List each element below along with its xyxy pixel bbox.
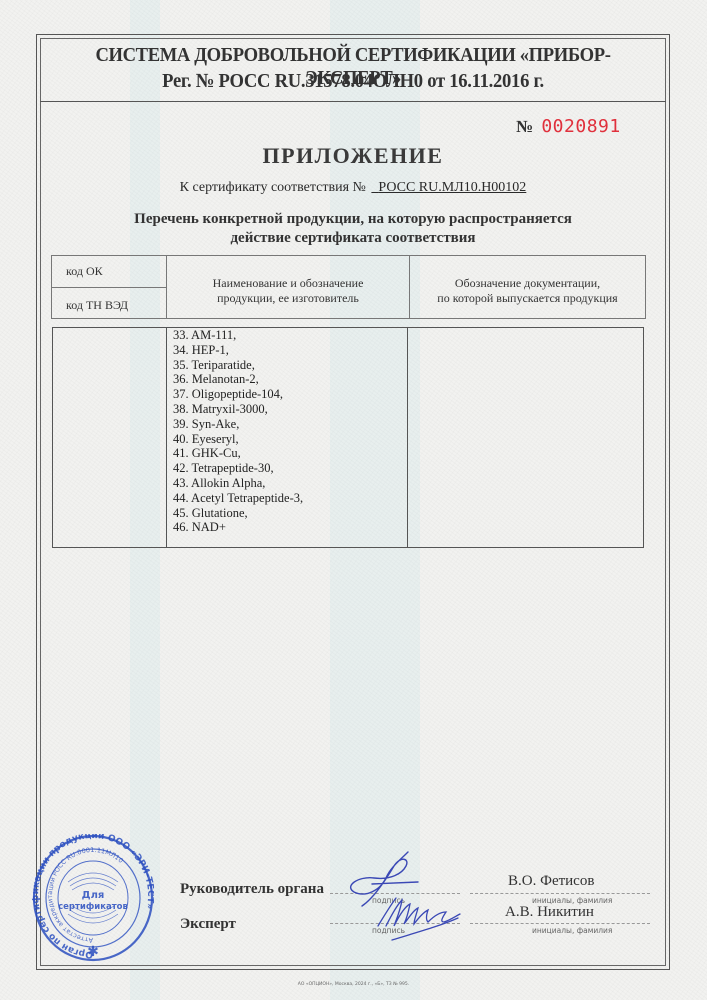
scope-line-2: действие сертификата соответствия [40,229,666,248]
product-item: 37. Oligopeptide-104, [173,387,303,402]
product-item: 44. Acetyl Tetrapeptide-3, [173,491,303,506]
svg-text:Для: Для [82,890,105,901]
registration-number: Рег. № РОСС RU.31578.04ОЛН0 от 16.11.201… [62,70,644,93]
printer-imprint: АО «ОПЦИОН», Москва, 2024 г., «Б», ТЗ № … [0,982,707,987]
certification-stamp: Орган по сертификации продукции ООО «ЭРИ… [32,834,154,962]
blank-number-prefix: № [516,117,533,136]
header-code-ok: код ОК [66,264,103,279]
expert-name-line [470,923,650,924]
scope-line-1: Перечень конкретной продукции, на котору… [40,210,666,229]
certificate-number: РОСС RU.МЛ10.Н00102 [378,180,526,195]
certificate-reference-value: РОСС RU.МЛ10.Н00102 [371,180,526,195]
product-item: 35. Teriparatide, [173,358,303,373]
expert-signature [370,892,470,942]
product-item: 46. NAD+ [173,520,303,535]
expert-name: А.В. Никитин [505,904,594,921]
product-item: 34. HEP-1, [173,343,303,358]
product-item: 45. Glutatione, [173,506,303,521]
product-table-body [52,327,644,548]
product-item: 38. Matryxil-3000, [173,402,303,417]
blank-number-value: 0020891 [541,116,620,137]
header-separator [40,101,666,102]
svg-text:сертификатов: сертификатов [58,902,128,912]
head-of-body-label: Руководитель органа [180,881,324,898]
header-documentation: Обозначение документации, по которой вып… [409,276,646,306]
header-code-tn-ved: код ТН ВЭД [66,298,128,313]
product-item: 40. Eyeseryl, [173,432,303,447]
document-title: ПРИЛОЖЕНИЕ [40,143,666,169]
product-list: 33. AM-111,34. HEP-1,35. Teriparatide,36… [173,328,303,535]
blank-number: № 0020891 [516,116,621,137]
product-item: 33. AM-111, [173,328,303,343]
product-item: 36. Melanotan-2, [173,372,303,387]
head-name-line [470,893,650,894]
svg-text:✱: ✱ [87,945,99,960]
header-product-line-1: Наименование и обозначение [166,276,410,291]
product-item: 43. Allokin Alpha, [173,476,303,491]
certificate-reference-label: К сертификату соответствия № [180,180,366,195]
column-divider [166,328,167,547]
product-item: 41. GHK-Cu, [173,446,303,461]
certificate-reference: К сертификату соответствия № РОСС RU.МЛ1… [40,180,666,196]
head-of-body-name: В.О. Фетисов [508,873,594,890]
scope-statement: Перечень конкретной продукции, на котору… [40,210,666,248]
product-item: 42. Tetrapeptide-30, [173,461,303,476]
header-product: Наименование и обозначение продукции, ее… [166,276,410,306]
header-documentation-line-2: по которой выпускается продукция [409,291,646,306]
expert-name-caption: инициалы, фамилия [532,926,612,935]
expert-label: Эксперт [180,916,236,933]
product-item: 39. Syn-Ake, [173,417,303,432]
header-documentation-line-1: Обозначение документации, [409,276,646,291]
header-product-line-2: продукции, ее изготовитель [166,291,410,306]
column-divider [407,328,408,547]
